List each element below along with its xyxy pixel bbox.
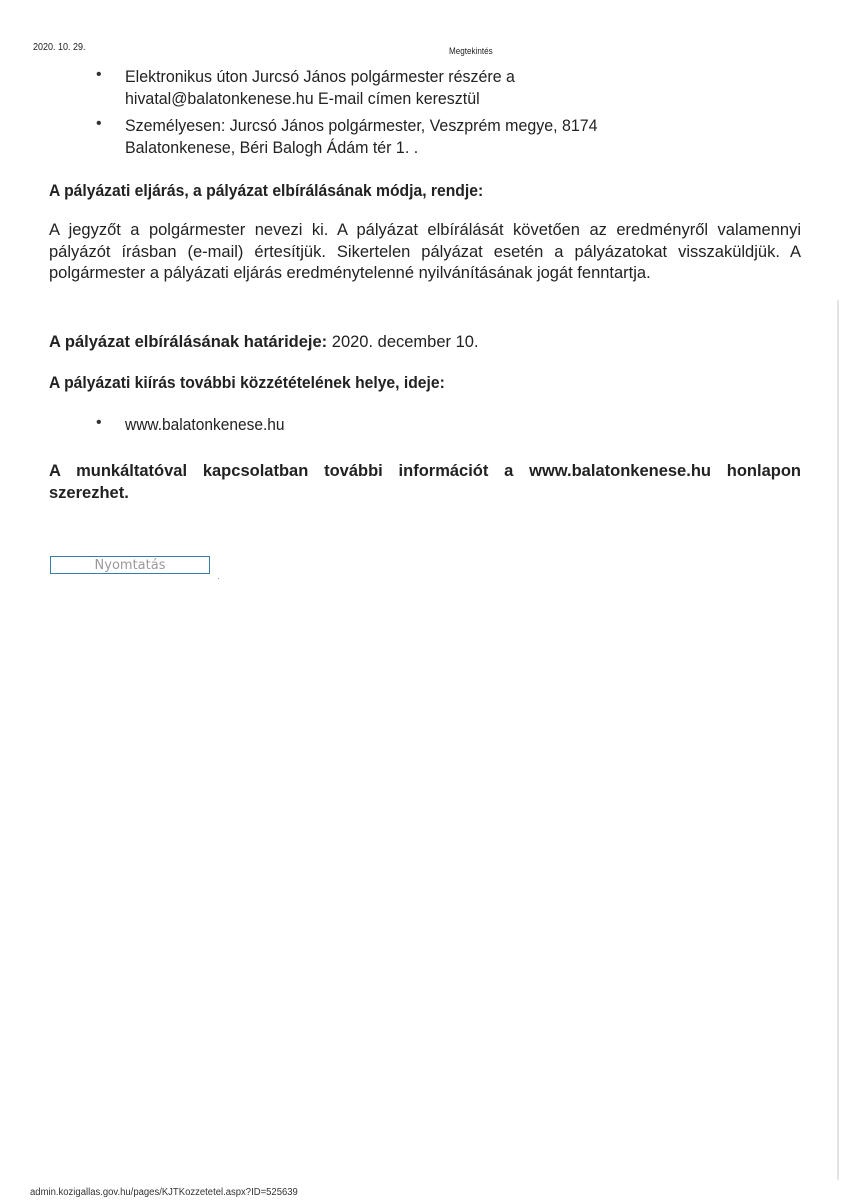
list-item-line: hivatal@balatonkenese.hu E-mail címen ke… xyxy=(125,88,480,110)
publication-item: www.balatonkenese.hu xyxy=(125,414,285,436)
procedure-heading: A pályázati eljárás, a pályázat elbírálá… xyxy=(49,182,483,201)
bullet-icon: • xyxy=(96,414,102,432)
print-button[interactable]: Nyomtatás xyxy=(50,556,210,574)
publication-heading: A pályázati kiírás további közzétételéne… xyxy=(49,374,445,393)
page-title: Megtekintés xyxy=(449,46,493,56)
deadline-label: A pályázat elbírálásának határideje: xyxy=(49,333,327,351)
list-item-line: Balatonkenese, Béri Balogh Ádám tér 1. . xyxy=(125,137,418,159)
list-item-line: Személyesen: Jurcsó János polgármester, … xyxy=(125,115,598,137)
list-item-line: Elektronikus úton Jurcsó János polgármes… xyxy=(125,66,515,88)
employer-info-text: A munkáltatóval kapcsolatban további inf… xyxy=(49,460,801,504)
page-edge-line xyxy=(837,300,839,1180)
bullet-icon: • xyxy=(96,66,102,84)
print-date: 2020. 10. 29. xyxy=(33,42,86,53)
scan-artifact xyxy=(218,578,219,579)
deadline-value: 2020. december 10. xyxy=(332,333,479,351)
procedure-text: A jegyzőt a polgármester nevezi ki. A pá… xyxy=(49,220,801,285)
deadline-line: A pályázat elbírálásának határideje: 202… xyxy=(49,331,801,353)
bullet-icon: • xyxy=(96,115,102,133)
footer-url: admin.kozigallas.gov.hu/pages/KJTKozzete… xyxy=(30,1187,298,1198)
